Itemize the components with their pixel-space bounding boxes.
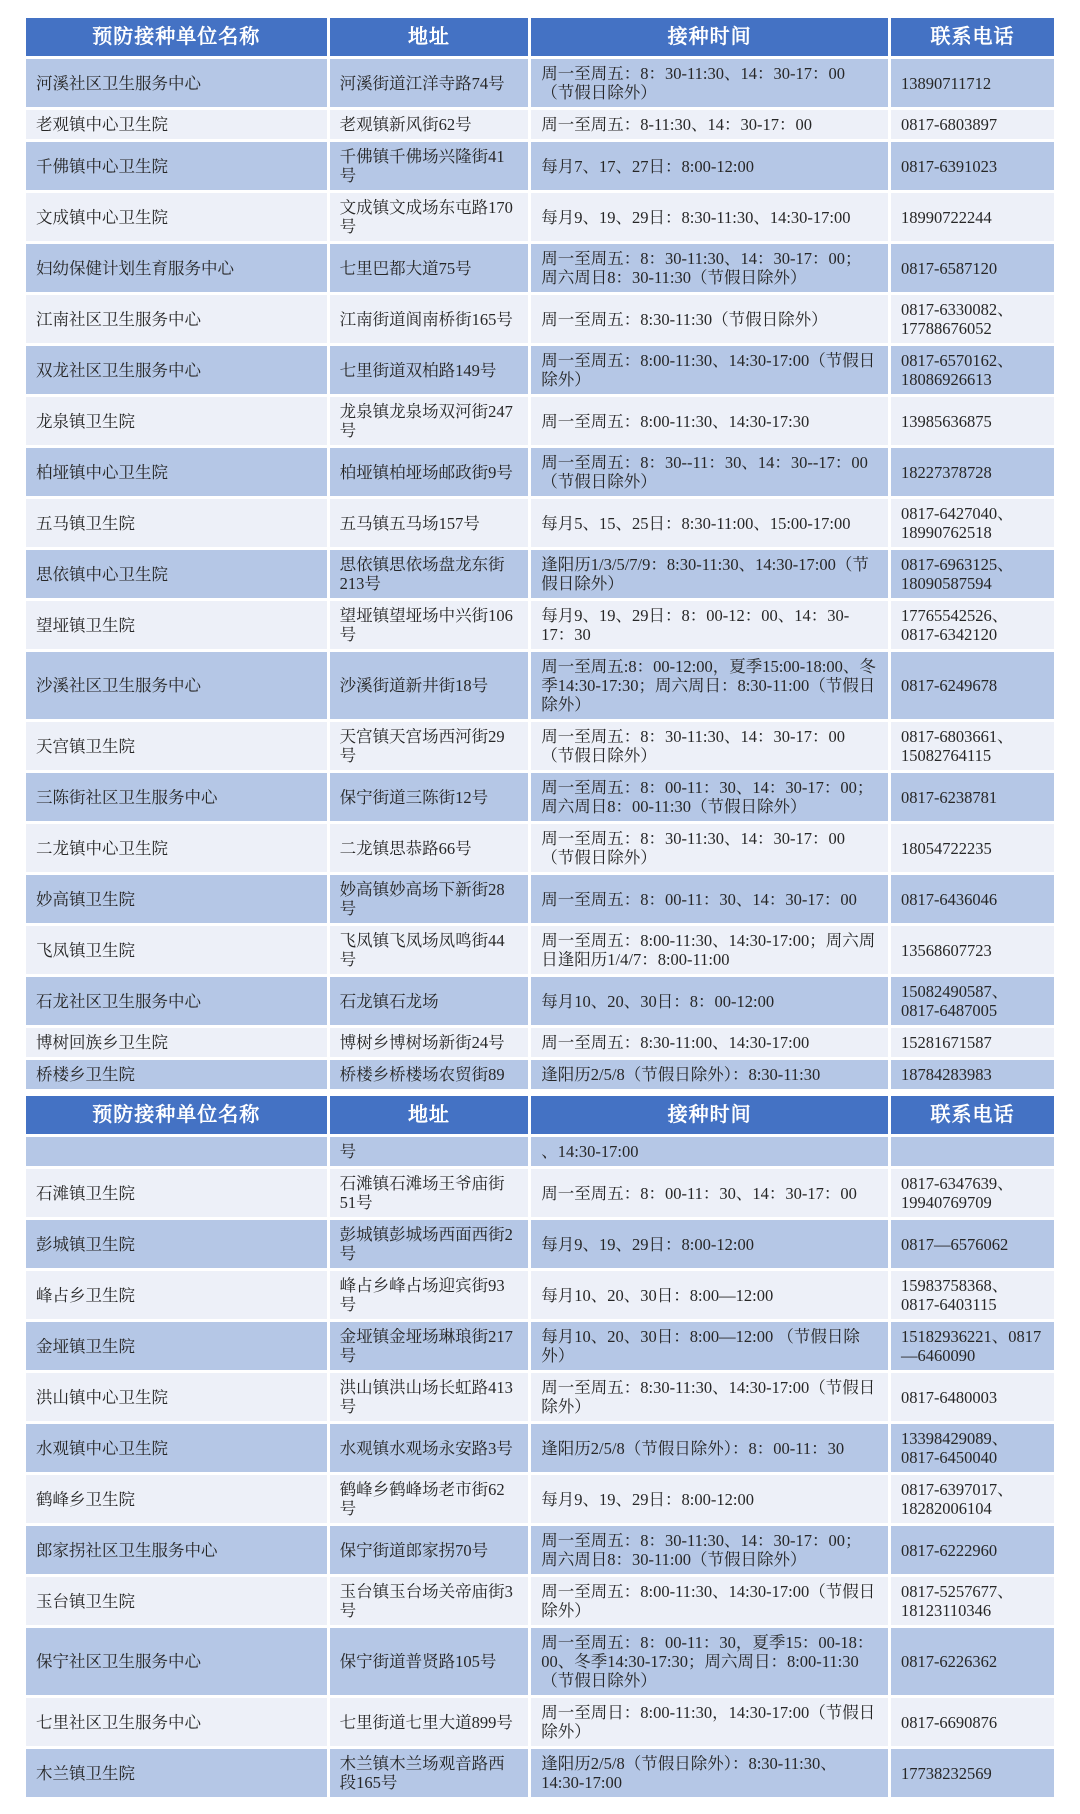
cell-address: 水观镇水观场永安路3号 bbox=[330, 1424, 529, 1472]
cell-unit-name: 桥楼乡卫生院 bbox=[26, 1060, 327, 1089]
header-cell-address: 地址 bbox=[330, 1096, 529, 1134]
cell-unit-name: 天宫镇卫生院 bbox=[26, 722, 327, 770]
cell-time: 逢阳历1/3/5/7/9：8:30-11:30、14:30-17:00（节假日除… bbox=[531, 550, 888, 598]
cell-unit-name: 五马镇卫生院 bbox=[26, 499, 327, 547]
header-cell-address: 地址 bbox=[330, 18, 529, 56]
cell-address: 千佛镇千佛场兴隆街41号 bbox=[330, 142, 529, 190]
cell-phone: 0817-6391023 bbox=[891, 142, 1054, 190]
cell-time: 逢阳历2/5/8（节假日除外）：8:30-11:30 bbox=[531, 1060, 888, 1089]
table-body: 号、14:30-17:00石滩镇卫生院石滩镇石滩场王爷庙街51号周一至周五：8：… bbox=[26, 1137, 1054, 1797]
cell-address: 飞凤镇飞凤场凤鸣街44号 bbox=[330, 926, 529, 974]
cell-time: 周一至周五:8：00-12:00，夏季15:00-18:00、冬季14:30-1… bbox=[531, 652, 888, 719]
table-row: 思依镇中心卫生院思依镇思依场盘龙东街213号逢阳历1/3/5/7/9：8:30-… bbox=[26, 550, 1054, 598]
cell-phone: 17738232569 bbox=[891, 1749, 1054, 1797]
cell-phone: 0817—6576062 bbox=[891, 1220, 1054, 1268]
cell-time: 每月9、19、29日：8:00-12:00 bbox=[531, 1475, 888, 1523]
table-row: 文成镇中心卫生院文成镇文成场东屯路170号每月9、19、29日：8:30-11:… bbox=[26, 193, 1054, 241]
cell-time: 周一至周五：8:30-11:30（节假日除外） bbox=[531, 295, 888, 343]
cell-unit-name: 飞凤镇卫生院 bbox=[26, 926, 327, 974]
table-row: 河溪社区卫生服务中心河溪街道江洋寺路74号周一至周五：8：30-11:30、14… bbox=[26, 59, 1054, 107]
cell-phone: 0817-5257677、18123110346 bbox=[891, 1577, 1054, 1625]
table-row: 江南社区卫生服务中心江南街道阆南桥街165号周一至周五：8:30-11:30（节… bbox=[26, 295, 1054, 343]
table-row: 二龙镇中心卫生院二龙镇思恭路66号周一至周五：8：30-11:30、14：30-… bbox=[26, 824, 1054, 872]
cell-phone: 15281671587 bbox=[891, 1028, 1054, 1057]
cell-time: 逢阳历2/5/8（节假日除外）：8:30-11:30、14:30-17:00 bbox=[531, 1749, 888, 1797]
table-row: 博树回族乡卫生院博树乡博树场新街24号周一至周五：8:30-11:00、14:3… bbox=[26, 1028, 1054, 1057]
cell-address: 洪山镇洪山场长虹路413号 bbox=[330, 1373, 529, 1421]
cell-unit-name: 石滩镇卫生院 bbox=[26, 1169, 327, 1217]
cell-phone: 15182936221、0817—6460090 bbox=[891, 1322, 1054, 1370]
table-row: 三陈街社区卫生服务中心保宁街道三陈街12号周一至周五：8：00-11：30、14… bbox=[26, 773, 1054, 821]
table-row: 鹤峰乡卫生院鹤峰乡鹤峰场老市街62号每月9、19、29日：8:00-12:000… bbox=[26, 1475, 1054, 1523]
cell-address: 石滩镇石滩场王爷庙街51号 bbox=[330, 1169, 529, 1217]
cell-phone: 0817-6803661、15082764115 bbox=[891, 722, 1054, 770]
table-row: 七里社区卫生服务中心七里街道七里大道899号周一至周日：8:00-11:30，1… bbox=[26, 1698, 1054, 1746]
table-row: 天宫镇卫生院天宫镇天宫场西河街29号周一至周五：8：30-11:30、14：30… bbox=[26, 722, 1054, 770]
table-row: 柏垭镇中心卫生院柏垭镇柏垭场邮政街9号周一至周五：8：30--11：30、14：… bbox=[26, 448, 1054, 496]
cell-time: 每月7、17、27日：8:00-12:00 bbox=[531, 142, 888, 190]
table-row: 妇幼保健计划生育服务中心七里巴都大道75号周一至周五：8：30-11:30、14… bbox=[26, 244, 1054, 292]
cell-time: 周一至周五：8：30-11:30、14：30-17：00；周六周日8：30-11… bbox=[531, 244, 888, 292]
cell-address: 石龙镇石龙场 bbox=[330, 977, 529, 1025]
cell-address: 五马镇五马场157号 bbox=[330, 499, 529, 547]
cell-time: 周一至周五：8-11:30、14：30-17：00 bbox=[531, 110, 888, 139]
cell-address: 七里街道双柏路149号 bbox=[330, 346, 529, 394]
table-row: 双龙社区卫生服务中心七里街道双柏路149号周一至周五：8:00-11:30、14… bbox=[26, 346, 1054, 394]
cell-time: 每月10、20、30日：8：00-12:00 bbox=[531, 977, 888, 1025]
vaccination-table-part-1: 预防接种单位名称地址接种时间联系电话 河溪社区卫生服务中心河溪街道江洋寺路74号… bbox=[23, 15, 1057, 1092]
cell-time: 周一至周五：8:30-11:00、14:30-17:00 bbox=[531, 1028, 888, 1057]
cell-address: 龙泉镇龙泉场双河街247号 bbox=[330, 397, 529, 445]
table-row: 彭城镇卫生院彭城镇彭城场西面西街2号每月9、19、29日：8:00-12:000… bbox=[26, 1220, 1054, 1268]
cell-time: 周一至周五：8：30-11:30、14：30-17：00（节假日除外） bbox=[531, 824, 888, 872]
cell-address: 天宫镇天宫场西河街29号 bbox=[330, 722, 529, 770]
cell-phone: 13985636875 bbox=[891, 397, 1054, 445]
cell-unit-name: 洪山镇中心卫生院 bbox=[26, 1373, 327, 1421]
cell-address: 木兰镇木兰场观音路西段165号 bbox=[330, 1749, 529, 1797]
cell-unit-name: 水观镇中心卫生院 bbox=[26, 1424, 327, 1472]
cell-time: 周一至周五：8:00-11:30、14:30-17:00；周六周日逢阳历1/4/… bbox=[531, 926, 888, 974]
cell-phone: 0817-6570162、18086926613 bbox=[891, 346, 1054, 394]
cell-phone bbox=[891, 1137, 1054, 1166]
cell-address: 峰占乡峰占场迎宾街93号 bbox=[330, 1271, 529, 1319]
table-row: 妙高镇卫生院妙高镇妙高场下新街28号周一至周五：8：00-11：30、14：30… bbox=[26, 875, 1054, 923]
cell-phone: 15983758368、0817-6403115 bbox=[891, 1271, 1054, 1319]
cell-address: 思依镇思依场盘龙东街213号 bbox=[330, 550, 529, 598]
cell-address: 七里巴都大道75号 bbox=[330, 244, 529, 292]
header-cell-time: 接种时间 bbox=[531, 1096, 888, 1134]
cell-time: 周一至周五：8：00-11：30、14：30-17：00 bbox=[531, 875, 888, 923]
table-row: 石滩镇卫生院石滩镇石滩场王爷庙街51号周一至周五：8：00-11：30、14：3… bbox=[26, 1169, 1054, 1217]
cell-unit-name: 七里社区卫生服务中心 bbox=[26, 1698, 327, 1746]
cell-phone: 18990722244 bbox=[891, 193, 1054, 241]
table-row: 水观镇中心卫生院水观镇水观场永安路3号逢阳历2/5/8（节假日除外）：8：00-… bbox=[26, 1424, 1054, 1472]
cell-unit-name: 郎家拐社区卫生服务中心 bbox=[26, 1526, 327, 1574]
cell-address: 望垭镇望垭场中兴街106号 bbox=[330, 601, 529, 649]
cell-phone: 18227378728 bbox=[891, 448, 1054, 496]
cell-unit-name: 彭城镇卫生院 bbox=[26, 1220, 327, 1268]
cell-phone: 0817-6238781 bbox=[891, 773, 1054, 821]
table-row: 金垭镇卫生院金垭镇金垭场琳琅街217号每月10、20、30日：8:00—12:0… bbox=[26, 1322, 1054, 1370]
table-row: 桥楼乡卫生院桥楼乡桥楼场农贸街89逢阳历2/5/8（节假日除外）：8:30-11… bbox=[26, 1060, 1054, 1089]
cell-time: 周一至周五：8:00-11:30、14:30-17:30 bbox=[531, 397, 888, 445]
cell-unit-name: 双龙社区卫生服务中心 bbox=[26, 346, 327, 394]
cell-unit-name: 妇幼保健计划生育服务中心 bbox=[26, 244, 327, 292]
cell-address: 柏垭镇柏垭场邮政街9号 bbox=[330, 448, 529, 496]
table-row: 飞凤镇卫生院飞凤镇飞凤场凤鸣街44号周一至周五：8:00-11:30、14:30… bbox=[26, 926, 1054, 974]
cell-phone: 0817-6347639、19940769709 bbox=[891, 1169, 1054, 1217]
cell-time: 周一至周五：8：30-11:30、14：30-17：00；周六周日8：30-11… bbox=[531, 1526, 888, 1574]
cell-phone: 0817-6397017、18282006104 bbox=[891, 1475, 1054, 1523]
header-cell-phone: 联系电话 bbox=[891, 1096, 1054, 1134]
header-row: 预防接种单位名称地址接种时间联系电话 bbox=[26, 18, 1054, 56]
cell-unit-name: 文成镇中心卫生院 bbox=[26, 193, 327, 241]
header-cell-time: 接种时间 bbox=[531, 18, 888, 56]
cell-phone: 0817-6222960 bbox=[891, 1526, 1054, 1574]
cell-unit-name: 龙泉镇卫生院 bbox=[26, 397, 327, 445]
cell-unit-name: 老观镇中心卫生院 bbox=[26, 110, 327, 139]
cell-time: 周一至周五：8：30-11:30、14：30-17：00（节假日除外） bbox=[531, 59, 888, 107]
table-row: 老观镇中心卫生院老观镇新风街62号周一至周五：8-11:30、14：30-17：… bbox=[26, 110, 1054, 139]
cell-address: 玉台镇玉台场关帝庙街3号 bbox=[330, 1577, 529, 1625]
cell-unit-name: 千佛镇中心卫生院 bbox=[26, 142, 327, 190]
cell-phone: 18784283983 bbox=[891, 1060, 1054, 1089]
cell-address: 号 bbox=[330, 1137, 529, 1166]
cell-unit-name: 石龙社区卫生服务中心 bbox=[26, 977, 327, 1025]
cell-time: 周一至周五：8：30-11:30、14：30-17：00（节假日除外） bbox=[531, 722, 888, 770]
table-row: 峰占乡卫生院峰占乡峰占场迎宾街93号每月10、20、30日：8:00—12:00… bbox=[26, 1271, 1054, 1319]
cell-time: 周一至周五：8：00-11：30、14：30-17：00；周六周日8：00-11… bbox=[531, 773, 888, 821]
cell-time: 每月10、20、30日：8:00—12:00 bbox=[531, 1271, 888, 1319]
header-row: 预防接种单位名称地址接种时间联系电话 bbox=[26, 1096, 1054, 1134]
cell-unit-name bbox=[26, 1137, 327, 1166]
cell-address: 河溪街道江洋寺路74号 bbox=[330, 59, 529, 107]
vaccination-table-part-2: 预防接种单位名称地址接种时间联系电话 号、14:30-17:00石滩镇卫生院石滩… bbox=[23, 1093, 1057, 1800]
table-row: 沙溪社区卫生服务中心沙溪街道新井街18号周一至周五:8：00-12:00，夏季1… bbox=[26, 652, 1054, 719]
table-header: 预防接种单位名称地址接种时间联系电话 bbox=[26, 18, 1054, 56]
cell-phone: 13398429089、0817-6450040 bbox=[891, 1424, 1054, 1472]
cell-time: 逢阳历2/5/8（节假日除外）：8：00-11：30 bbox=[531, 1424, 888, 1472]
cell-phone: 13890711712 bbox=[891, 59, 1054, 107]
cell-phone: 0817-6480003 bbox=[891, 1373, 1054, 1421]
cell-unit-name: 望垭镇卫生院 bbox=[26, 601, 327, 649]
cell-time: 周一至周五：8:00-11:30、14:30-17:00（节假日除外） bbox=[531, 346, 888, 394]
cell-phone: 0817-6330082、17788676052 bbox=[891, 295, 1054, 343]
cell-unit-name: 妙高镇卫生院 bbox=[26, 875, 327, 923]
cell-unit-name: 博树回族乡卫生院 bbox=[26, 1028, 327, 1057]
cell-time: 周一至周日：8:00-11:30，14:30-17:00（节假日除外） bbox=[531, 1698, 888, 1746]
cell-time: 每月9、19、29日：8：00-12：00、14：30-17：30 bbox=[531, 601, 888, 649]
cell-unit-name: 保宁社区卫生服务中心 bbox=[26, 1628, 327, 1695]
cell-address: 七里街道七里大道899号 bbox=[330, 1698, 529, 1746]
cell-address: 桥楼乡桥楼场农贸街89 bbox=[330, 1060, 529, 1089]
cell-address: 妙高镇妙高场下新街28号 bbox=[330, 875, 529, 923]
cell-address: 彭城镇彭城场西面西街2号 bbox=[330, 1220, 529, 1268]
header-cell-phone: 联系电话 bbox=[891, 18, 1054, 56]
cell-time: 每月9、19、29日：8:30-11:30、14:30-17:00 bbox=[531, 193, 888, 241]
table-row: 望垭镇卫生院望垭镇望垭场中兴街106号每月9、19、29日：8：00-12：00… bbox=[26, 601, 1054, 649]
cell-unit-name: 江南社区卫生服务中心 bbox=[26, 295, 327, 343]
table-row: 洪山镇中心卫生院洪山镇洪山场长虹路413号周一至周五：8:30-11:30、14… bbox=[26, 1373, 1054, 1421]
cell-phone: 0817-6587120 bbox=[891, 244, 1054, 292]
header-cell-unit-name: 预防接种单位名称 bbox=[26, 18, 327, 56]
cell-time: 每月5、15、25日：8:30-11:00、15:00-17:00 bbox=[531, 499, 888, 547]
table-row: 玉台镇卫生院玉台镇玉台场关帝庙街3号周一至周五：8:00-11:30、14:30… bbox=[26, 1577, 1054, 1625]
cell-phone: 15082490587、0817-6487005 bbox=[891, 977, 1054, 1025]
cell-time: 周一至周五：8：30--11：30、14：30--17：00（节假日除外） bbox=[531, 448, 888, 496]
cell-time: 周一至周五：8:00-11:30、14:30-17:00（节假日除外） bbox=[531, 1577, 888, 1625]
cell-address: 沙溪街道新井街18号 bbox=[330, 652, 529, 719]
cell-address: 保宁街道三陈街12号 bbox=[330, 773, 529, 821]
cell-unit-name: 沙溪社区卫生服务中心 bbox=[26, 652, 327, 719]
cell-phone: 0817-6436046 bbox=[891, 875, 1054, 923]
cell-unit-name: 思依镇中心卫生院 bbox=[26, 550, 327, 598]
cell-phone: 13568607723 bbox=[891, 926, 1054, 974]
cell-address: 文成镇文成场东屯路170号 bbox=[330, 193, 529, 241]
cell-phone: 0817-6963125、18090587594 bbox=[891, 550, 1054, 598]
cell-address: 保宁街道郎家拐70号 bbox=[330, 1526, 529, 1574]
cell-unit-name: 玉台镇卫生院 bbox=[26, 1577, 327, 1625]
cell-phone: 0817-6226362 bbox=[891, 1628, 1054, 1695]
cell-address: 江南街道阆南桥街165号 bbox=[330, 295, 529, 343]
cell-unit-name: 金垭镇卫生院 bbox=[26, 1322, 327, 1370]
table-row: 石龙社区卫生服务中心石龙镇石龙场每月10、20、30日：8：00-12:0015… bbox=[26, 977, 1054, 1025]
cell-unit-name: 三陈街社区卫生服务中心 bbox=[26, 773, 327, 821]
cell-time: 、14:30-17:00 bbox=[531, 1137, 888, 1166]
cell-time: 周一至周五：8：00-11：30，夏季15：00-18：00、冬季14:30-1… bbox=[531, 1628, 888, 1695]
cell-phone: 0817-6690876 bbox=[891, 1698, 1054, 1746]
table-row: 郎家拐社区卫生服务中心保宁街道郎家拐70号周一至周五：8：30-11:30、14… bbox=[26, 1526, 1054, 1574]
table-row: 千佛镇中心卫生院千佛镇千佛场兴隆街41号每月7、17、27日：8:00-12:0… bbox=[26, 142, 1054, 190]
table-body: 河溪社区卫生服务中心河溪街道江洋寺路74号周一至周五：8：30-11:30、14… bbox=[26, 59, 1054, 1089]
cell-address: 二龙镇思恭路66号 bbox=[330, 824, 529, 872]
cell-address: 保宁街道普贤路105号 bbox=[330, 1628, 529, 1695]
cell-phone: 18054722235 bbox=[891, 824, 1054, 872]
cell-phone: 0817-6803897 bbox=[891, 110, 1054, 139]
table-row: 五马镇卫生院五马镇五马场157号每月5、15、25日：8:30-11:00、15… bbox=[26, 499, 1054, 547]
table-row: 龙泉镇卫生院龙泉镇龙泉场双河街247号周一至周五：8:00-11:30、14:3… bbox=[26, 397, 1054, 445]
table-row: 木兰镇卫生院木兰镇木兰场观音路西段165号逢阳历2/5/8（节假日除外）：8:3… bbox=[26, 1749, 1054, 1797]
table-row: 保宁社区卫生服务中心保宁街道普贤路105号周一至周五：8：00-11：30，夏季… bbox=[26, 1628, 1054, 1695]
cell-phone: 17765542526、0817-6342120 bbox=[891, 601, 1054, 649]
cell-time: 每月10、20、30日：8:00—12:00 （节假日除外） bbox=[531, 1322, 888, 1370]
cell-unit-name: 柏垭镇中心卫生院 bbox=[26, 448, 327, 496]
cell-address: 金垭镇金垭场琳琅街217号 bbox=[330, 1322, 529, 1370]
cell-unit-name: 二龙镇中心卫生院 bbox=[26, 824, 327, 872]
cell-unit-name: 峰占乡卫生院 bbox=[26, 1271, 327, 1319]
cell-phone: 0817-6249678 bbox=[891, 652, 1054, 719]
cell-address: 博树乡博树场新街24号 bbox=[330, 1028, 529, 1057]
cell-unit-name: 河溪社区卫生服务中心 bbox=[26, 59, 327, 107]
cell-phone: 0817-6427040、18990762518 bbox=[891, 499, 1054, 547]
cell-time: 每月9、19、29日：8:00-12:00 bbox=[531, 1220, 888, 1268]
table-row: 号、14:30-17:00 bbox=[26, 1137, 1054, 1166]
cell-address: 老观镇新风街62号 bbox=[330, 110, 529, 139]
cell-address: 鹤峰乡鹤峰场老市街62号 bbox=[330, 1475, 529, 1523]
table-header: 预防接种单位名称地址接种时间联系电话 bbox=[26, 1096, 1054, 1134]
cell-time: 周一至周五：8：00-11：30、14：30-17：00 bbox=[531, 1169, 888, 1217]
cell-time: 周一至周五：8:30-11:30、14:30-17:00（节假日除外） bbox=[531, 1373, 888, 1421]
vaccination-info-page: 预防接种单位名称地址接种时间联系电话 河溪社区卫生服务中心河溪街道江洋寺路74号… bbox=[23, 0, 1057, 1814]
cell-unit-name: 木兰镇卫生院 bbox=[26, 1749, 327, 1797]
cell-unit-name: 鹤峰乡卫生院 bbox=[26, 1475, 327, 1523]
header-cell-unit-name: 预防接种单位名称 bbox=[26, 1096, 327, 1134]
